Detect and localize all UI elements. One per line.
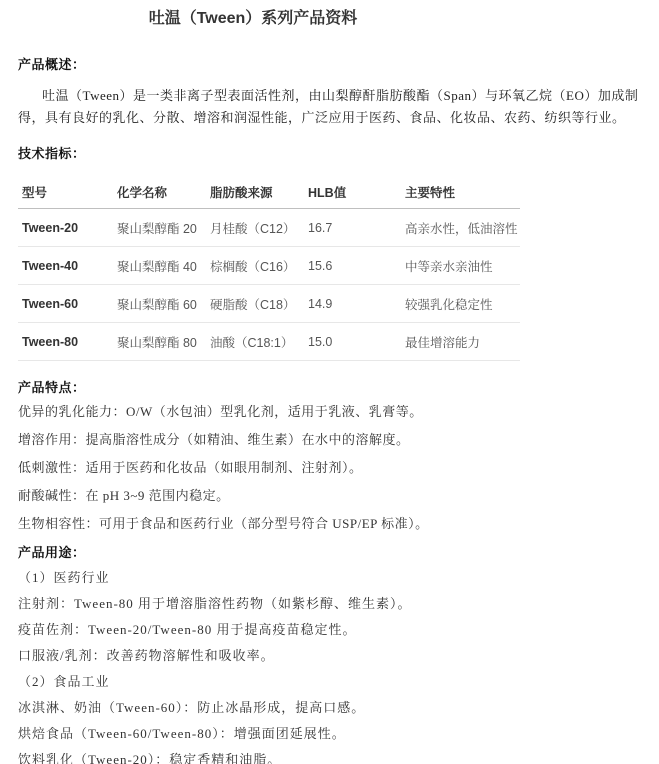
cell-main-properties: 最佳增溶能力 [401, 323, 520, 361]
table-row: Tween-20 聚山梨醇酯 20 月桂酸（C12） 16.7 高亲水性，低油溶… [18, 209, 520, 247]
section-heading-overview: 产品概述： [18, 58, 641, 71]
application-item: 饮料乳化（Tween-20）：稳定香精和油脂。 [18, 753, 641, 764]
spec-table-body: Tween-20 聚山梨醇酯 20 月桂酸（C12） 16.7 高亲水性，低油溶… [18, 209, 520, 361]
table-row: Tween-40 聚山梨醇酯 40 棕榈酸（C16） 15.6 中等亲水亲油性 [18, 247, 520, 285]
column-header-main-properties: 主要特性 [401, 177, 520, 209]
cell-fatty-acid-source: 棕榈酸（C16） [206, 247, 304, 285]
cell-hlb-value: 15.0 [304, 323, 401, 361]
cell-hlb-value: 14.9 [304, 285, 401, 323]
application-item: 冰淇淋、奶油（Tween-60）：防止冰晶形成，提高口感。 [18, 701, 641, 714]
cell-hlb-value: 15.6 [304, 247, 401, 285]
column-header-fatty-acid-source: 脂肪酸来源 [206, 177, 304, 209]
cell-model: Tween-60 [18, 285, 113, 323]
cell-fatty-acid-source: 油酸（C18:1） [206, 323, 304, 361]
table-header-row: 型号 化学名称 脂肪酸来源 HLB值 主要特性 [18, 177, 520, 209]
cell-main-properties: 高亲水性，低油溶性 [401, 209, 520, 247]
spec-table-header: 型号 化学名称 脂肪酸来源 HLB值 主要特性 [18, 177, 520, 209]
application-item: 口服液/乳剂：改善药物溶解性和吸收率。 [18, 649, 641, 662]
feature-item: 优异的乳化能力：O/W（水包油）型乳化剂，适用于乳液、乳膏等。 [18, 405, 641, 418]
cell-model: Tween-80 [18, 323, 113, 361]
feature-item: 耐酸碱性：在 pH 3~9 范围内稳定。 [18, 489, 641, 502]
cell-chemical-name: 聚山梨醇酯 60 [113, 285, 206, 323]
application-item: 注射剂：Tween-80 用于增溶脂溶性药物（如紫杉醇、维生素）。 [18, 597, 641, 610]
section-heading-applications: 产品用途： [18, 546, 641, 559]
overview-paragraph: 吐温（Tween）是一类非离子型表面活性剂，由山梨醇酐脂肪酸酯（Span）与环氧… [18, 85, 643, 129]
column-header-chemical-name: 化学名称 [113, 177, 206, 209]
page-title: 吐温（Tween）系列产品资料 [18, 9, 488, 28]
feature-list: 优异的乳化能力：O/W（水包油）型乳化剂，适用于乳液、乳膏等。 增溶作用：提高脂… [18, 405, 641, 530]
cell-chemical-name: 聚山梨醇酯 40 [113, 247, 206, 285]
table-row: Tween-80 聚山梨醇酯 80 油酸（C18:1） 15.0 最佳增溶能力 [18, 323, 520, 361]
section-heading-specs: 技术指标： [18, 147, 641, 160]
cell-model: Tween-40 [18, 247, 113, 285]
section-heading-features: 产品特点： [18, 381, 641, 394]
application-subheading-food: （2）食品工业 [18, 675, 641, 688]
application-item: 烘焙食品（Tween-60/Tween-80）：增强面团延展性。 [18, 727, 641, 740]
cell-main-properties: 较强乳化稳定性 [401, 285, 520, 323]
application-item: 疫苗佐剂：Tween-20/Tween-80 用于提高疫苗稳定性。 [18, 623, 641, 636]
document-page: 吐温（Tween）系列产品资料 产品概述： 吐温（Tween）是一类非离子型表面… [0, 0, 659, 764]
cell-fatty-acid-source: 硬脂酸（C18） [206, 285, 304, 323]
cell-chemical-name: 聚山梨醇酯 80 [113, 323, 206, 361]
cell-fatty-acid-source: 月桂酸（C12） [206, 209, 304, 247]
column-header-hlb-value: HLB值 [304, 177, 401, 209]
feature-item: 增溶作用：提高脂溶性成分（如精油、维生素）在水中的溶解度。 [18, 433, 641, 446]
application-list: （1）医药行业 注射剂：Tween-80 用于增溶脂溶性药物（如紫杉醇、维生素）… [18, 571, 641, 764]
table-row: Tween-60 聚山梨醇酯 60 硬脂酸（C18） 14.9 较强乳化稳定性 [18, 285, 520, 323]
application-subheading-pharma: （1）医药行业 [18, 571, 641, 584]
cell-hlb-value: 16.7 [304, 209, 401, 247]
feature-item: 低刺激性：适用于医药和化妆品（如眼用制剂、注射剂）。 [18, 461, 641, 474]
feature-item: 生物相容性：可用于食品和医药行业（部分型号符合 USP/EP 标准）。 [18, 517, 641, 530]
cell-model: Tween-20 [18, 209, 113, 247]
spec-table: 型号 化学名称 脂肪酸来源 HLB值 主要特性 Tween-20 聚山梨醇酯 2… [18, 177, 520, 361]
column-header-model: 型号 [18, 177, 113, 209]
cell-chemical-name: 聚山梨醇酯 20 [113, 209, 206, 247]
cell-main-properties: 中等亲水亲油性 [401, 247, 520, 285]
